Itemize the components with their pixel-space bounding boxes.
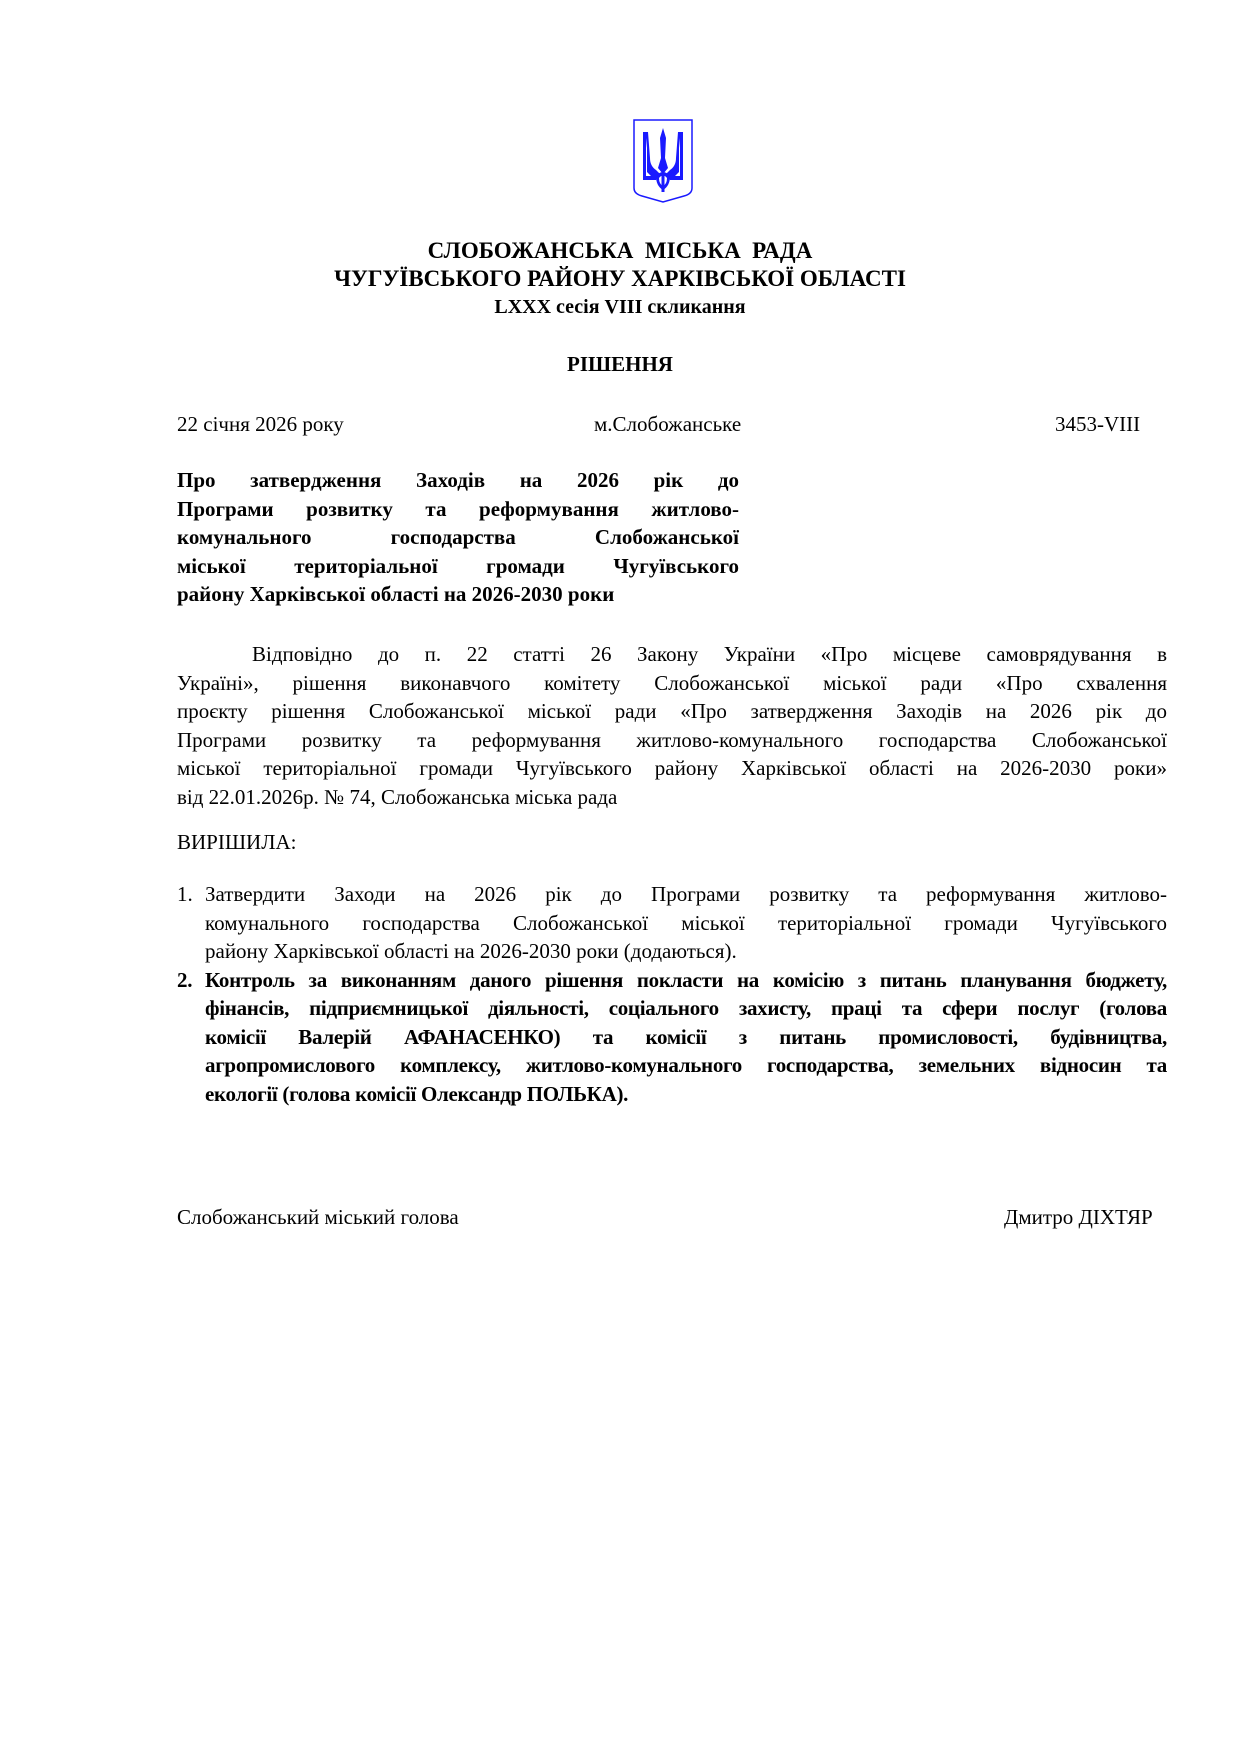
district-name: ЧУГУЇВСЬКОГО РАЙОНУ ХАРКІВСЬКОЇ ОБЛАСТІ [0,266,1240,292]
title-line: Програми розвитку та реформування житлов… [177,495,739,524]
item-line: фінансів, підприємницької діяльності, со… [205,994,1167,1023]
preamble-line: Україні», рішення виконавчого комітету С… [177,669,1167,698]
decision-title: Про затвердження Заходів на 2026 рік до … [177,466,739,609]
preamble-line: Програми розвитку та реформування житлов… [177,726,1167,755]
resolved-heading: ВИРІШИЛА: [177,830,296,855]
item-line: екології (голова комісії Олександр ПОЛЬК… [205,1080,1167,1109]
decision-items: 1. Затвердити Заходи на 2026 рік до Прог… [177,880,1167,1108]
title-line: міської територіальної громади Чугуївськ… [177,552,739,581]
coat-of-arms-icon [632,118,694,204]
title-line: Про затвердження Заходів на 2026 рік до [177,466,739,495]
item-line: агропромислового комплексу, житлово-кому… [205,1051,1167,1080]
item-line: Контроль за виконанням даного рішення по… [205,966,1167,995]
preamble: Відповідно до п. 22 статті 26 Закону Укр… [177,640,1167,811]
council-name: СЛОБОЖАНСЬКА МІСЬКА РАДА [0,238,1240,264]
item-line: Затвердити Заходи на 2026 рік до Програм… [205,880,1167,909]
signatory-name: Дмитро ДІХТЯР [1004,1205,1153,1230]
document-type: РІШЕННЯ [0,352,1240,377]
decision-date: 22 січня 2026 року [177,412,344,437]
title-line: району Харківської області на 2026-2030 … [177,580,739,609]
decision-item: 1. Затвердити Заходи на 2026 рік до Прог… [177,880,1167,966]
decision-item: 2. Контроль за виконанням даного рішення… [177,966,1167,1109]
preamble-line: Відповідно до п. 22 статті 26 Закону Укр… [177,640,1167,669]
session-line: LXXX сесія VIII скликання [0,296,1240,319]
item-number: 2. [177,966,192,995]
title-line: комунального господарства Слобожанської [177,523,739,552]
item-line: району Харківської області на 2026-2030 … [205,937,1167,966]
preamble-line: від 22.01.2026р. № 74, Слобожанська місь… [177,783,1167,812]
signatory-position: Слобожанський міський голова [177,1205,459,1230]
item-line: комунального господарства Слобожанської … [205,909,1167,938]
preamble-line: проєкту рішення Слобожанської міської ра… [177,697,1167,726]
decision-place: м.Слобожанське [594,412,741,437]
item-line: комісії Валерій АФАНАСЕНКО) та комісії з… [205,1023,1167,1052]
decision-number: 3453-VIII [1055,412,1140,437]
preamble-line: міської територіальної громади Чугуївськ… [177,754,1167,783]
item-number: 1. [177,880,193,909]
